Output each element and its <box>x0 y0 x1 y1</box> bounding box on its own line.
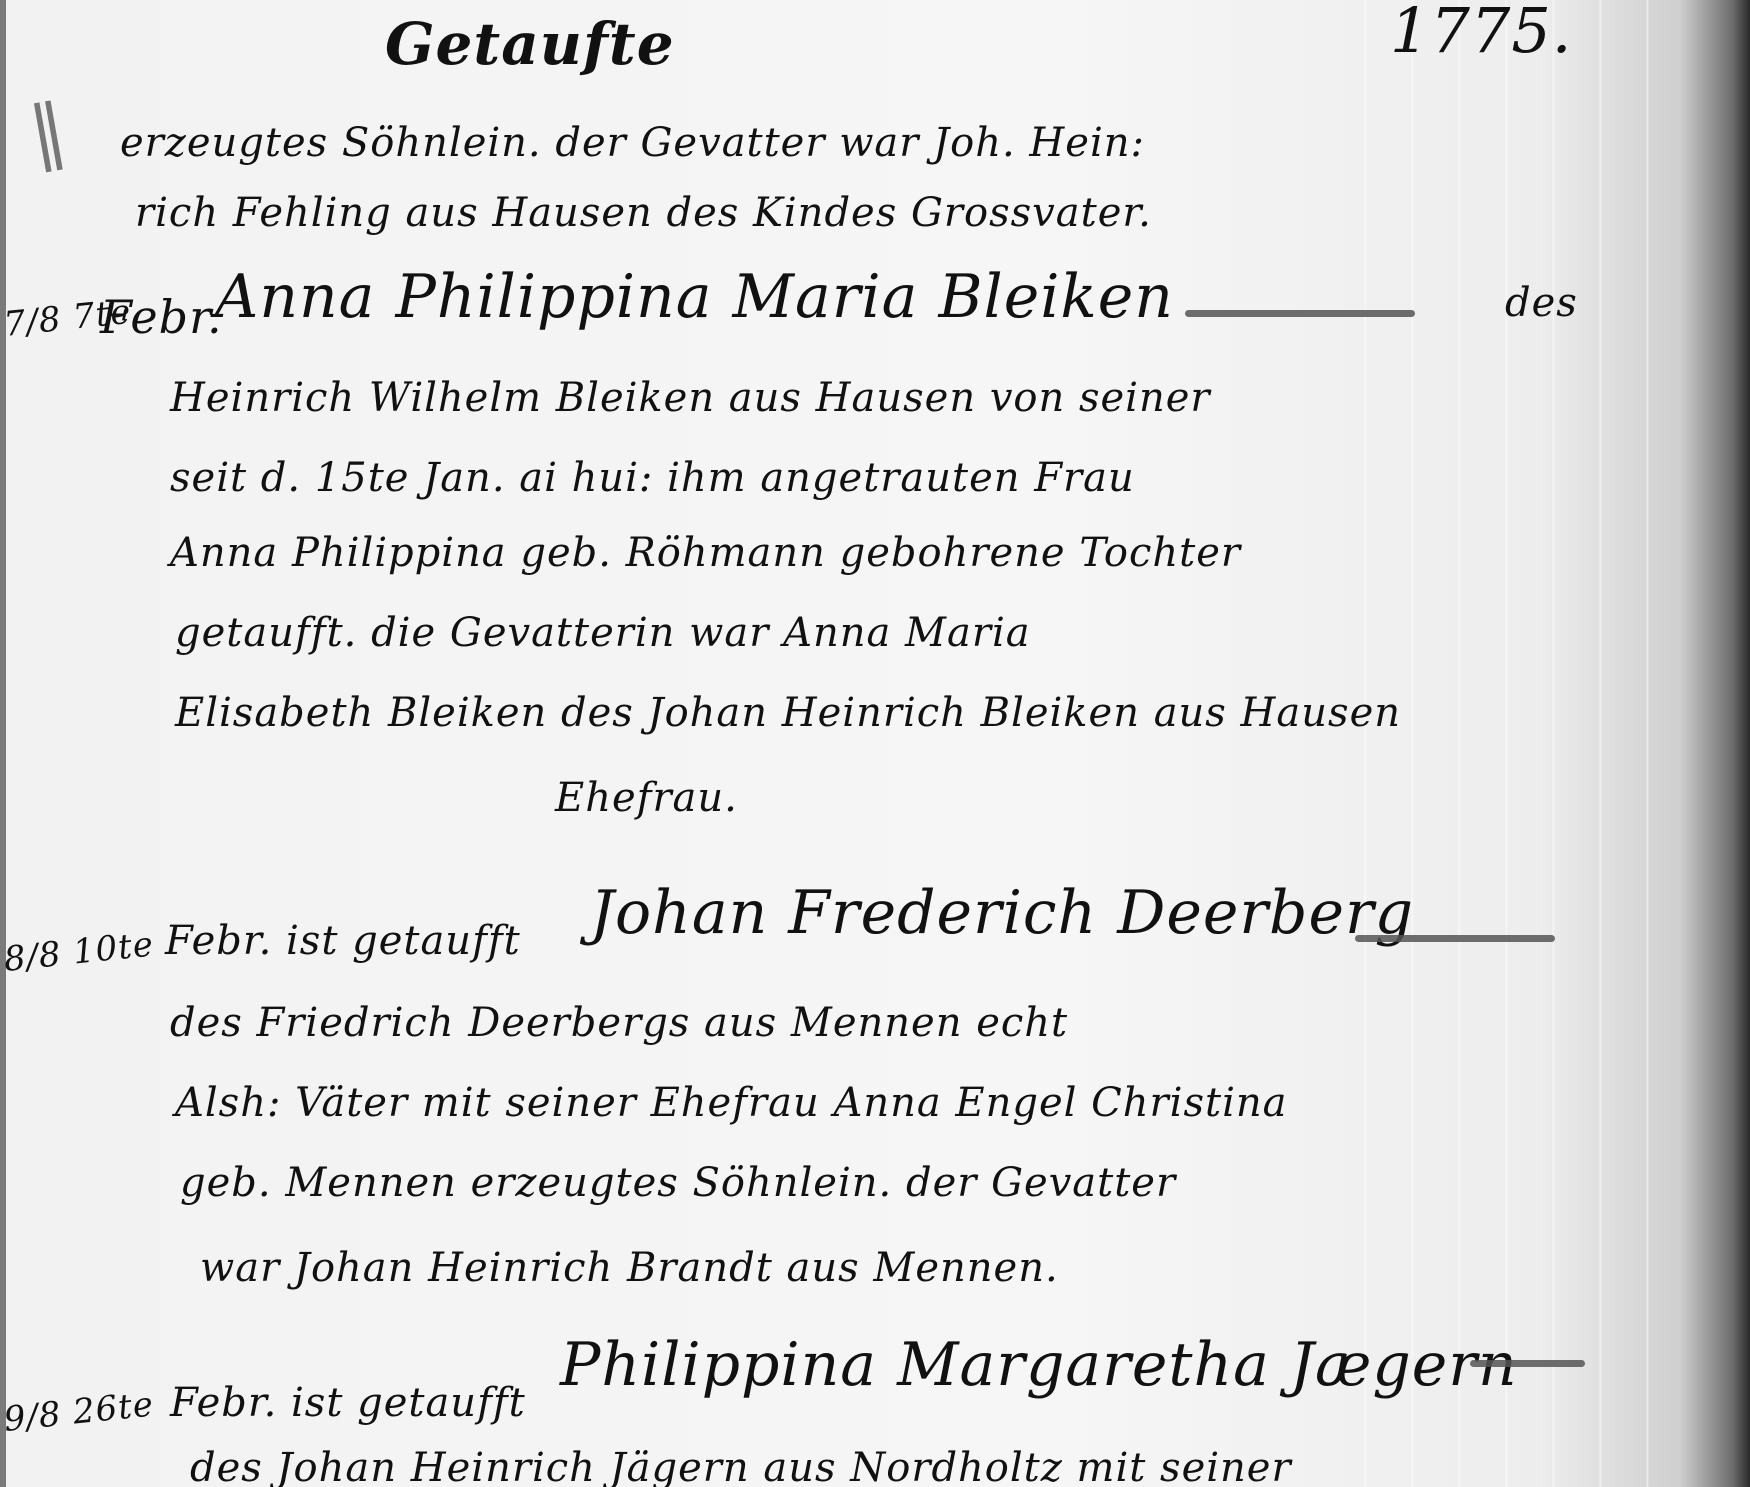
page-year: 1775. <box>1390 0 1573 67</box>
entry-line: geb. Mennen erzeugtes Söhnlein. der Geva… <box>180 1160 1176 1206</box>
surname-underline <box>1470 1360 1585 1367</box>
entry-line: des Johan Heinrich Jägern aus Nordholtz … <box>190 1445 1292 1487</box>
margin-date: 8/8 10te <box>2 924 156 980</box>
entry-text: des <box>1505 280 1578 326</box>
continuation-line: rich Fehling aus Hausen des Kindes Gross… <box>135 190 1152 236</box>
margin-date: 9/8 26te <box>2 1384 156 1440</box>
register-page-scan: ‖ Getaufte 1775. erzeugtes Söhnlein. der… <box>0 0 1750 1487</box>
continuation-line: erzeugtes Söhnlein. der Gevatter war Joh… <box>120 120 1145 166</box>
entry-month: Febr. <box>100 290 223 344</box>
entry-line: war Johan Heinrich Brandt aus Mennen. <box>200 1245 1059 1291</box>
entry-line: Elisabeth Bleiken des Johan Heinrich Ble… <box>175 690 1401 736</box>
margin-pencil-mark: ‖ <box>23 88 72 175</box>
entry-prefix: Febr. ist getaufft <box>170 1380 526 1426</box>
entry-line: Ehefrau. <box>555 775 738 821</box>
page-header-getaufte: Getaufte <box>385 10 675 78</box>
entry-line: Heinrich Wilhelm Bleiken aus Hausen von … <box>170 375 1211 421</box>
entry-line: seit d. 15te Jan. ai hui: ihm angetraute… <box>170 455 1135 501</box>
surname-underline <box>1185 310 1415 317</box>
scan-artifact-lines <box>1320 0 1680 1487</box>
entry-line: Anna Philippina geb. Röhmann gebohrene T… <box>170 530 1241 576</box>
entry-line: getaufft. die Gevatterin war Anna Maria <box>175 610 1031 656</box>
child-name: Anna Philippina Maria Bleiken <box>215 262 1174 332</box>
child-name: Johan Frederich Deerberg <box>590 878 1414 948</box>
page-left-edge <box>0 0 6 1487</box>
entry-line: des Friedrich Deerbergs aus Mennen echt <box>170 1000 1068 1046</box>
entry-line: Alsh: Väter mit seiner Ehefrau Anna Enge… <box>175 1080 1287 1126</box>
entry-prefix: Febr. ist getaufft <box>165 918 521 964</box>
child-name: Philippina Margaretha Jægern <box>560 1330 1518 1400</box>
surname-underline <box>1355 935 1555 942</box>
